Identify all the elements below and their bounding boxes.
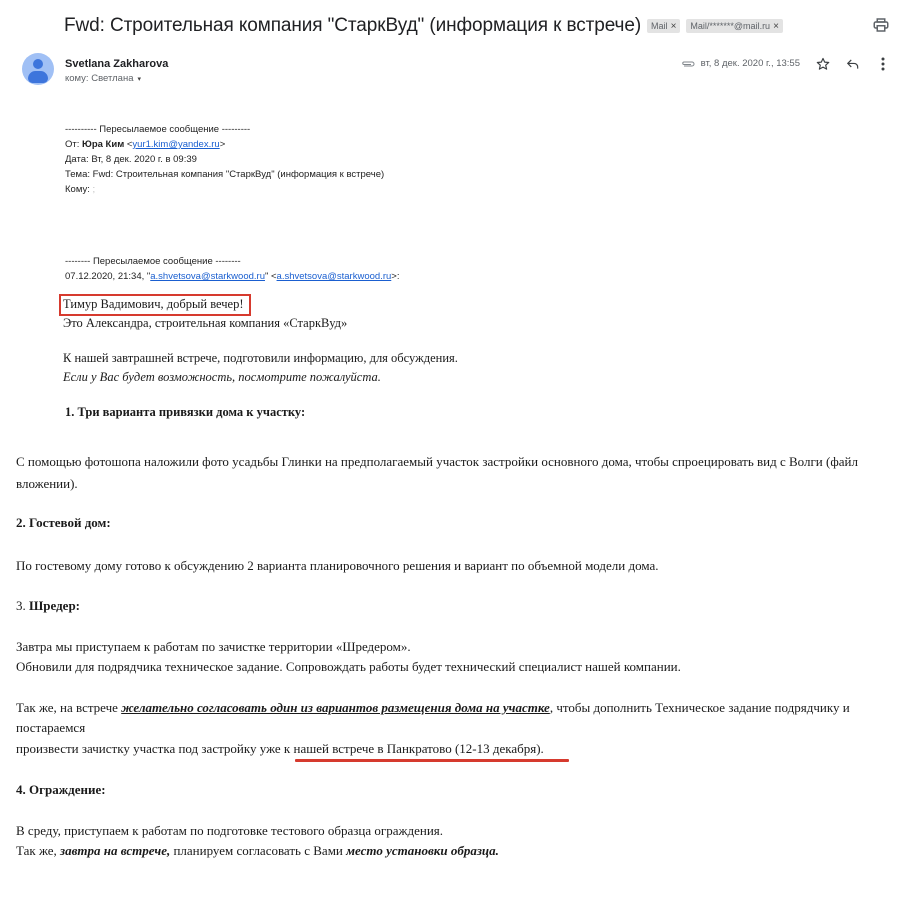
section-1-title: 1. Три варианта привязки дома к участку: <box>65 403 305 422</box>
sender-avatar[interactable] <box>22 53 54 85</box>
section-3-line-1: Завтра мы приступаем к работам по зачист… <box>16 637 411 656</box>
label-text: Mail <box>651 21 668 31</box>
section-4-line-1: В среду, приступаем к работам по подгото… <box>16 821 443 840</box>
meeting-date-red-underline <box>295 759 569 762</box>
reply-button[interactable] <box>844 55 862 73</box>
forwarded-header-1: ---------- Пересылаемое сообщение ------… <box>65 122 384 197</box>
recipient-details-toggle[interactable]: кому: Светлана ▾ <box>65 73 141 84</box>
section-1-line-2: вложении). <box>16 474 78 493</box>
emphasized-request: желательно согласовать один из вариантов… <box>121 700 550 715</box>
more-options-button[interactable] <box>874 55 892 73</box>
forward-from-line: От: Юра Ким <yur1.kim@yandex.ru> <box>65 137 384 152</box>
forward-date-line: Дата: Вт, 8 дек. 2020 г. в 09:39 <box>65 152 384 167</box>
more-vert-icon <box>881 57 885 71</box>
label-chip-mail[interactable]: Mail × <box>647 19 680 33</box>
forward-from-name: Юра Ким <box>82 139 124 150</box>
print-button[interactable] <box>872 16 890 34</box>
subject-row: Fwd: Строительная компания "СтаркВуд" (и… <box>64 12 900 40</box>
forward-to-line: Кому: ; <box>65 182 384 197</box>
section-3-paragraph-2-line-2: постараемся <box>16 718 85 737</box>
section-4-title: 4. Ограждение: <box>16 780 106 799</box>
label-text: Mail/*******@mail.ru <box>690 21 770 31</box>
message-date: вт, 8 дек. 2020 г., 13:55 <box>701 58 800 69</box>
remove-label-icon[interactable]: × <box>773 21 779 32</box>
please-look-line: Если у Вас будет возможность, посмотрите… <box>63 368 381 387</box>
forwarded-header-2: -------- Пересылаемое сообщение --------… <box>65 254 399 284</box>
section-3-paragraph-2-line-3: произвести зачистку участка под застройк… <box>16 739 544 758</box>
label-chip-mail-folder[interactable]: Mail/*******@mail.ru × <box>686 19 783 33</box>
star-icon <box>816 57 830 71</box>
section-3-paragraph-2-line-1: Так же, на встрече желательно согласоват… <box>16 698 850 717</box>
section-2-text: По гостевому дому готово к обсуждению 2 … <box>16 556 659 575</box>
forward-subject-line: Тема: Fwd: Строительная компания "СтаркВ… <box>65 167 384 182</box>
star-button[interactable] <box>814 55 832 73</box>
section-3-title: 3. Шредер: <box>16 596 80 615</box>
avatar-head-shape <box>33 59 43 69</box>
prep-line: К нашей завтрашней встрече, подготовили … <box>63 349 458 368</box>
intro-line: Это Александра, строительная компания «С… <box>63 314 347 333</box>
forward-separator: ---------- Пересылаемое сообщение ------… <box>65 122 384 137</box>
forward-separator: -------- Пересылаемое сообщение -------- <box>65 254 399 269</box>
avatar-body-shape <box>28 71 48 83</box>
sender-quoted-email-link[interactable]: a.shvetsova@starkwood.ru <box>150 271 265 282</box>
section-1-line-1: С помощью фотошопа наложили фото усадьбы… <box>16 452 858 471</box>
recipient-line: кому: Светлана <box>65 73 133 84</box>
forward-origin-line: 07.12.2020, 21:34, "a.shvetsova@starkwoo… <box>65 269 399 284</box>
attachment-icon <box>681 60 695 68</box>
reply-icon <box>846 57 860 71</box>
section-3-line-2: Обновили для подрядчика техническое зада… <box>16 657 681 676</box>
message-meta: вт, 8 дек. 2020 г., 13:55 <box>681 58 800 69</box>
sender-name[interactable]: Svetlana Zakharova <box>65 58 168 70</box>
printer-icon <box>872 16 890 34</box>
remove-label-icon[interactable]: × <box>671 21 677 32</box>
section-2-title: 2. Гостевой дом: <box>16 513 111 532</box>
forward-to-value: ; <box>93 184 96 195</box>
chevron-down-icon: ▾ <box>137 75 141 83</box>
email-subject: Fwd: Строительная компания "СтаркВуд" (и… <box>64 15 641 37</box>
section-4-line-2: Так же, завтра на встрече, планируем сог… <box>16 841 499 860</box>
sender-email-link[interactable]: a.shvetsova@starkwood.ru <box>277 271 392 282</box>
greeting: Тимур Вадимович, добрый вечер! <box>63 295 244 314</box>
forward-from-email-link[interactable]: yur1.kim@yandex.ru <box>132 139 219 150</box>
